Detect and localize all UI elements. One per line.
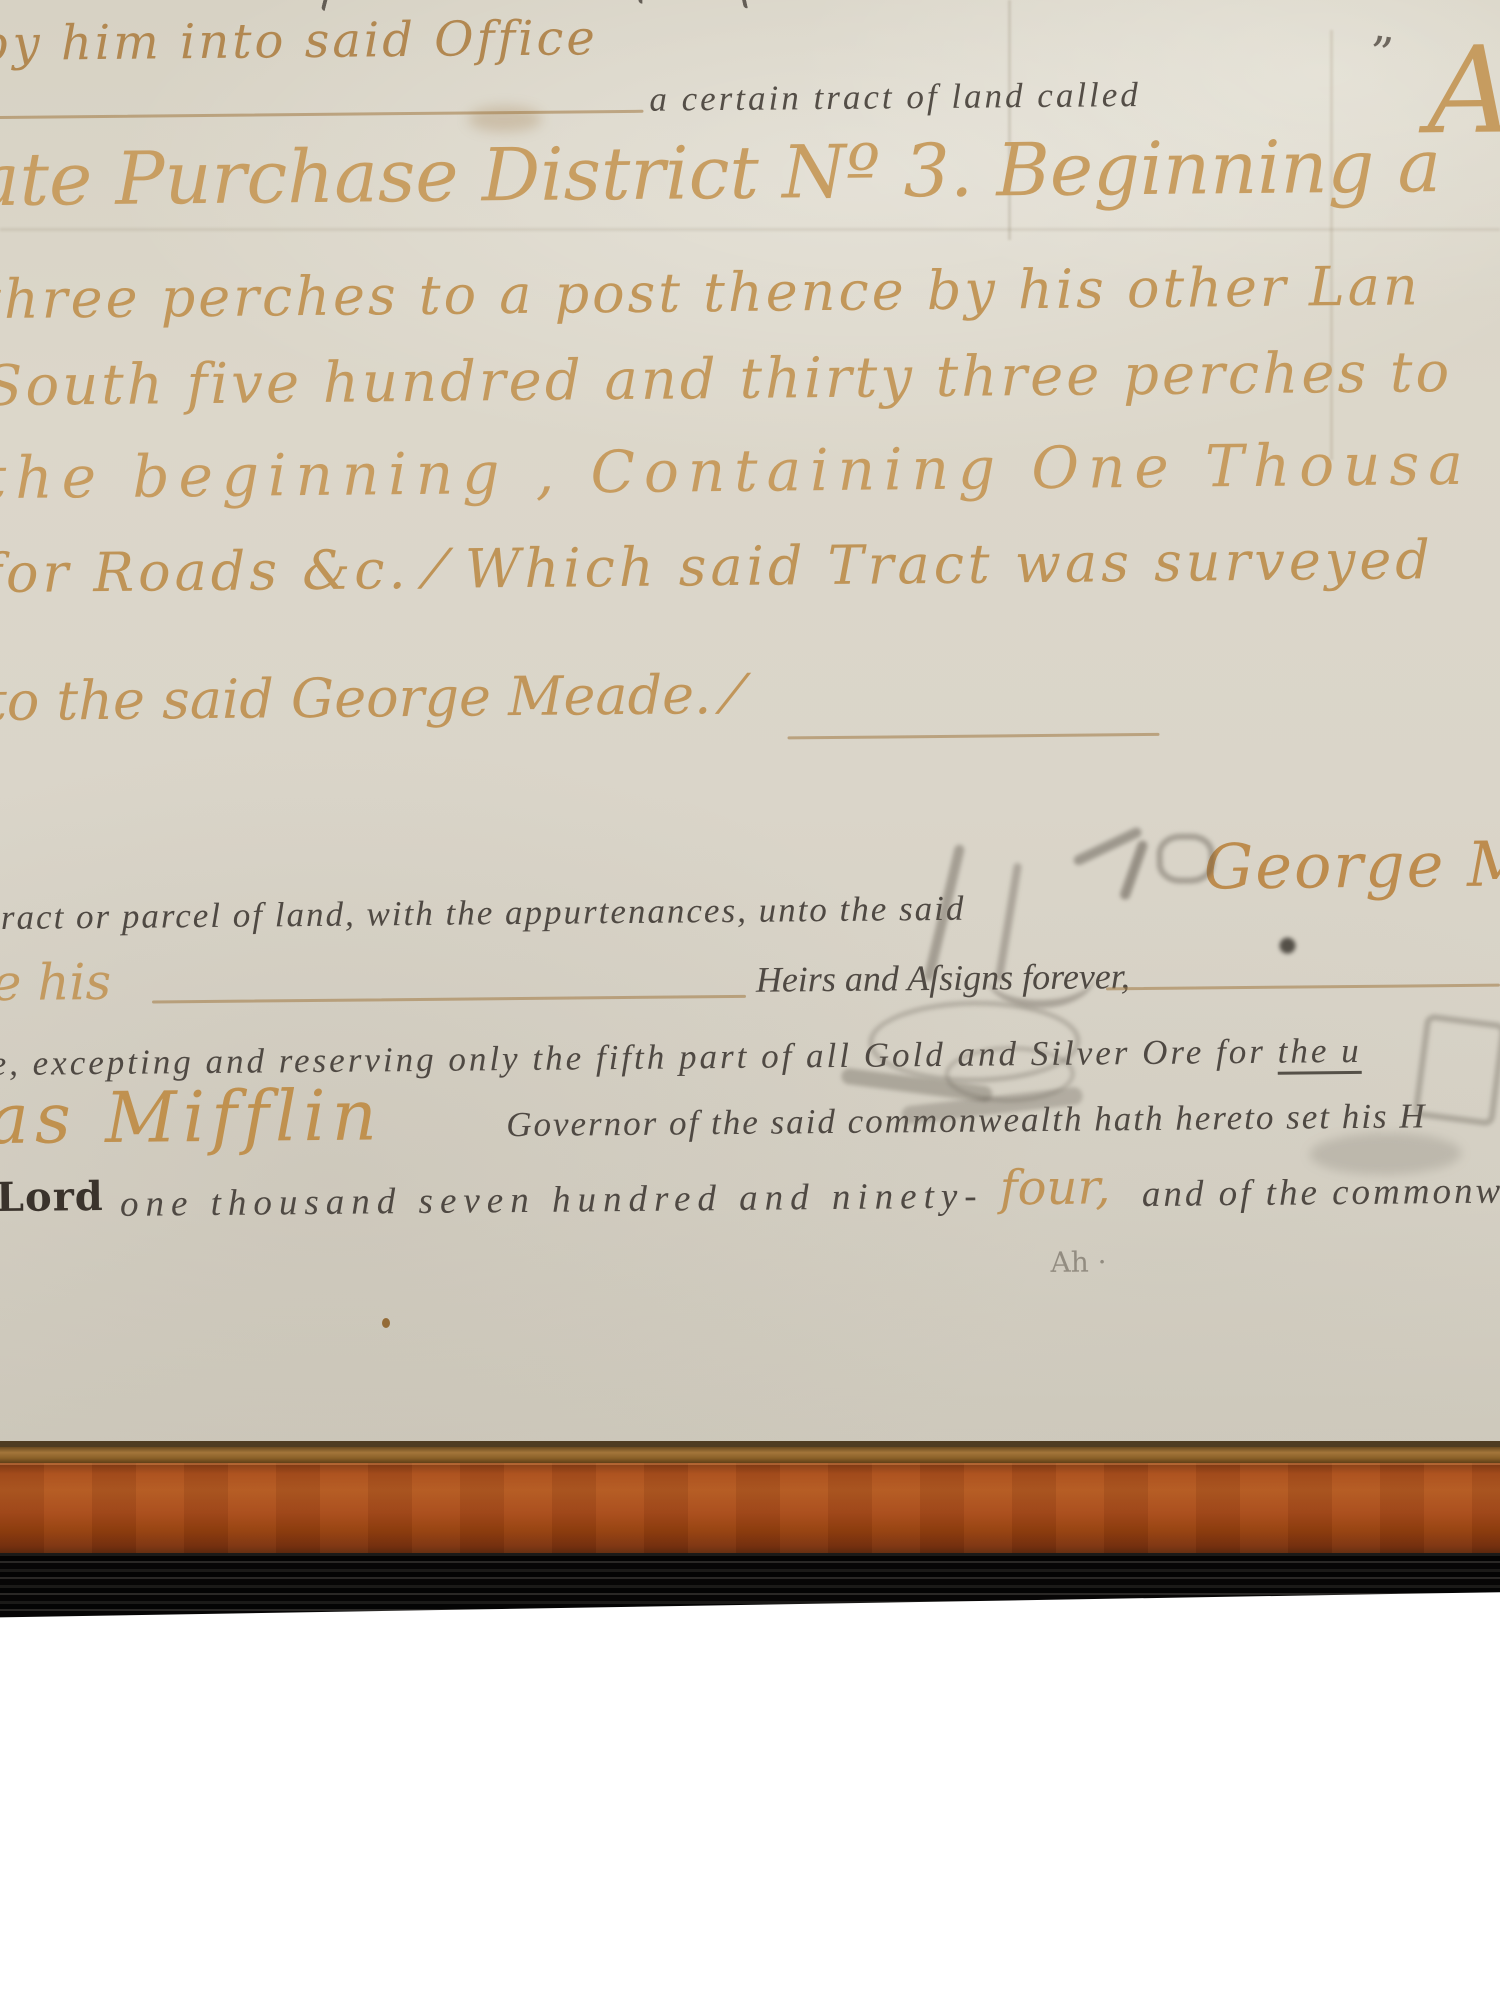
seal-impression (1309, 1132, 1461, 1175)
blank-ruled-line (1106, 984, 1500, 991)
mahogany-wood-band (0, 1463, 1500, 1553)
printed-line-year: one thousand seven hundred and ninety- (120, 1175, 984, 1226)
black-reeded-band (0, 1553, 1500, 1621)
framed-document-photo: by him into said Office ” a certain trac… (0, 0, 1500, 2000)
stamp-mark (1156, 833, 1214, 884)
blank-ruled-line (0, 110, 644, 119)
blank-ruled-line (152, 995, 746, 1004)
printed-line-appurtenances: tract or parcel of land, with the appurt… (0, 889, 966, 938)
handwritten-line-south: South five hundred and thirty three perc… (0, 340, 1452, 419)
handwritten-line-beginning: the beginning , Containing One Thousa (0, 430, 1472, 512)
gold-fillet (0, 1447, 1500, 1463)
printed-text-underlined: the u (1277, 1031, 1361, 1075)
printed-line-called: a certain tract of land called (649, 75, 1141, 120)
handwritten-line-district: ate Purchase District Nº 3. Beginning a (0, 124, 1441, 223)
quotation-mark: ” (1366, 25, 1396, 82)
seal-impression (1412, 1013, 1500, 1127)
handwritten-line-roads: for Roads &c. ⁄ Which said Tract was sur… (0, 528, 1434, 605)
printed-line-commonwealth: and of the commonwealth th (1142, 1168, 1500, 1216)
handwritten-line-office: by him into said Office (0, 10, 598, 72)
parchment-sheet: by him into said Office ” a certain trac… (0, 0, 1500, 1444)
handwritten-line-perches: three perches to a post thence by his ot… (0, 254, 1421, 331)
cut-off-ink-mark (741, 0, 748, 9)
handwritten-word-four: four, (1000, 1159, 1111, 1216)
cut-off-ink-mark (638, 0, 642, 4)
printed-blackletter-lord: Lord (0, 1173, 104, 1221)
handwritten-signature-mifflin: as Mifflin (0, 1074, 383, 1160)
handwritten-grantee-name: George M (1203, 827, 1500, 903)
stamp-mark (1119, 839, 1149, 901)
picture-frame-bottom-rail (0, 1441, 1500, 1621)
handwritten-line-george-meade: to the said George Meade. ⁄ (0, 663, 738, 733)
ink-blot (1279, 938, 1295, 954)
blank-ruled-line (788, 733, 1160, 740)
handwritten-word-his: e his (0, 953, 111, 1012)
faint-ink-marks: Ah · (1050, 1245, 1106, 1279)
stamp-mark (984, 937, 1097, 1008)
cut-off-ink-mark (321, 0, 328, 11)
ink-layer: by him into said Office ” a certain trac… (0, 0, 1500, 1444)
